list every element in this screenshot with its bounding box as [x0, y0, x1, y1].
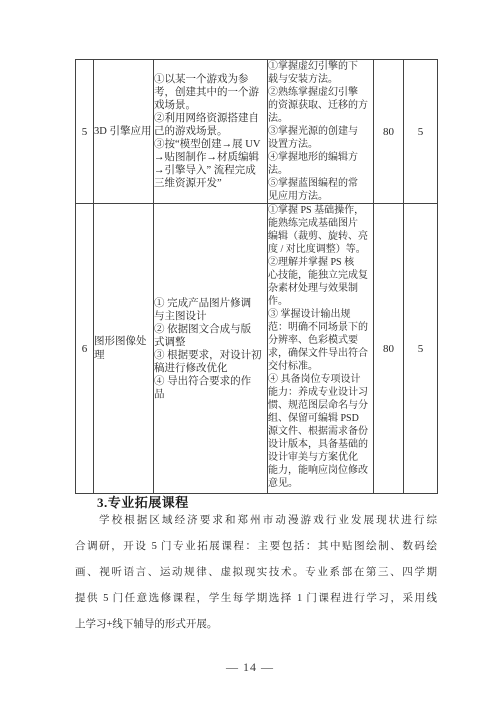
- table-row-6: 6 图形图像处 理 ① 完成产品图片修调 与主图设计 ② 依据图文合成与版 式调…: [76, 204, 438, 494]
- paragraph-line: 合调研，开设 5 门专业拓展课程：主要包括：其中贴图绘制、数码绘: [75, 534, 437, 560]
- table-row-5: 5 3D 引擎应用 ①以某一个游戏为参 考，创建其中的一个游 戏场景。 ②利用网…: [76, 60, 438, 204]
- cell-row-number: 6: [76, 204, 94, 494]
- cell-course-hours: 80: [374, 60, 404, 204]
- cell-course-hours: 80: [374, 204, 404, 494]
- cell-course-content: ①以某一个游戏为参 考，创建其中的一个游 戏场景。 ②利用网络资源搭建自 己的游…: [154, 60, 268, 204]
- cell-course-requirements: ①掌握 PS 基础操作， 能熟练完成基础图片 编辑（裁剪、旋转、亮 度 / 对比…: [268, 204, 374, 494]
- paragraph-line: 画、视听语言、运动规律、虚拟现实技术。专业系部在第三、四学期: [75, 560, 437, 586]
- cell-row-number: 5: [76, 60, 94, 204]
- paragraph-line: 学校根据区域经济要求和郑州市动漫游戏行业发展现状进行综: [75, 508, 437, 534]
- cell-course-credits: 5: [404, 60, 438, 204]
- document-page: 5 3D 引擎应用 ①以某一个游戏为参 考，创建其中的一个游 戏场景。 ②利用网…: [0, 0, 500, 707]
- cell-course-credits: 5: [404, 204, 438, 494]
- cell-course-content: ① 完成产品图片修调 与主图设计 ② 依据图文合成与版 式调整 ③ 根据要求，对…: [154, 204, 268, 494]
- paragraph-line: 提供 5 门任意选修课程，学生每学期选择 1 门课程进行学习，采用线: [75, 586, 437, 612]
- cell-course-name: 3D 引擎应用: [94, 60, 154, 204]
- course-table: 5 3D 引擎应用 ①以某一个游戏为参 考，创建其中的一个游 戏场景。 ②利用网…: [75, 59, 438, 494]
- paragraph-line: 上学习+线下辅导的形式开展。: [75, 612, 437, 638]
- page-number: — 14 —: [0, 660, 500, 675]
- body-paragraph: 学校根据区域经济要求和郑州市动漫游戏行业发展现状进行综 合调研，开设 5 门专业…: [75, 508, 437, 638]
- cell-course-name: 图形图像处 理: [94, 204, 154, 494]
- cell-course-requirements: ①掌握虚幻引擎的下 载与安装方法。 ②熟练掌握虚幻引擎 的资源获取、迁移的方 法…: [268, 60, 374, 204]
